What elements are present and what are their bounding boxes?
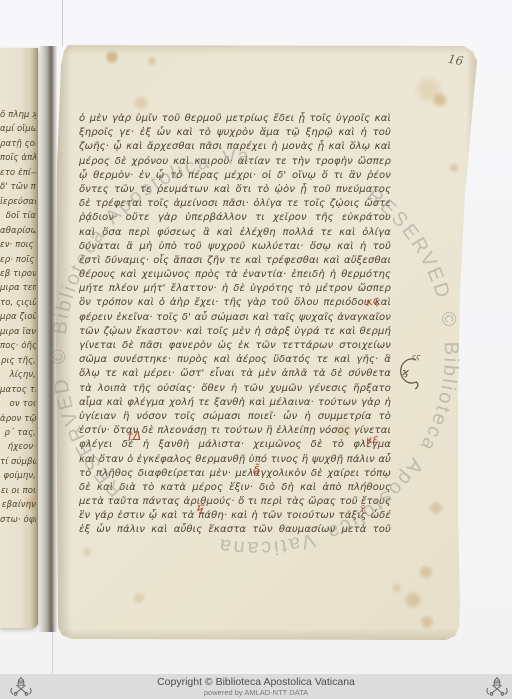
facing-page-line: ερ· ποῖς δ' <box>0 253 36 267</box>
manuscript-line: δύναται ἃ μὴ ὑπὸ τοῦ ψυχροῦ κωλύεται· ὅσ… <box>79 240 391 254</box>
facing-page-line: ρ΄ τας, <box>0 426 36 440</box>
facing-page-line: ει οι ποι <box>0 484 36 498</box>
manuscript-line: μήτε πλέον μήτ' ἔλαττον· ἡ δὲ ὑγρότης τὸ… <box>79 282 391 296</box>
folio-number: 16 <box>447 52 464 68</box>
facing-page-line: εβ τιρον <box>0 267 36 281</box>
manuscript-line: ἐστὶ δύναμις· οἷς ἅπασι ζῆν τε καὶ τρέφε… <box>79 254 391 268</box>
facing-page-line: αμί οἴμω <box>0 122 36 136</box>
facing-page-line: ετο ἐπί— <box>0 166 36 180</box>
manuscript-line: τὰ λοιπὰ τῆς οὐσίας· ὅθεν ἡ τῶν χυμῶν γέ… <box>79 382 391 396</box>
manuscript-line: ἓν γάρ ἐστιν ᾧ καὶ τὰ πάθη· καὶ ἡ τῶν το… <box>79 509 391 523</box>
facing-page-line: ρις τῆς, <box>0 354 36 368</box>
manuscript-line: ὁ μὲν γὰρ ὑμῖν τοῦ θερμοῦ μετρίως ἔδει ᾗ… <box>79 112 391 126</box>
manuscript-line: σῶμα συνέστηκε· πυρὸς καὶ ἀέρος ὕδατός τ… <box>79 353 391 367</box>
facing-page-line: ον τοι <box>0 397 36 411</box>
photo-background: ὅ πλημ ϗναμί οἴμωρατῇ ςοῖνποῖς ἁπλᾶετο ἐ… <box>0 0 512 699</box>
facing-page-edge: ὅ πλημ ϗναμί οἴμωρατῇ ςοῖνποῖς ἁπλᾶετο ἐ… <box>0 48 38 628</box>
copyright-text: Copyright © Biblioteca Apostolica Vatica… <box>0 676 512 688</box>
facing-page-line: μρα ζιοῦ <box>0 310 36 324</box>
facing-page-line: ϊερεύσας <box>0 195 36 209</box>
manuscript-line: δὲ τρέφεται τοῖς ἀμείνοσι πᾶσι· ὀλίγα τε… <box>79 197 391 211</box>
facing-page-line: μιρα τεπι <box>0 281 36 295</box>
manuscript-line: ῥᾴδιον· οὔτε γὰρ ὑπερβάλλον τι χεῖρον τῆ… <box>79 211 391 225</box>
manuscript-line: θέρους καὶ χειμῶνος πρὸς τὰ ἐναντία· ἐπε… <box>79 268 391 282</box>
manuscript-line: γίνεται δὲ πᾶσι φανερὸν ὡς ἐκ τῶν τεττάρ… <box>79 339 391 353</box>
footer-bar: Copyright © Biblioteca Apostolica Vatica… <box>0 674 512 699</box>
manuscript-text-block: ὁ μὲν γὰρ ὑμῖν τοῦ θερμοῦ μετρίως ἔδει ᾗ… <box>79 112 391 538</box>
manuscript-line: ὅλῳ τε καὶ μέρει· ὥστ' εἶναι τὰ μὲν ἁπλᾶ… <box>79 367 391 381</box>
manuscript-line: φλέγει δὲ ἡ ξανθὴ μάλιστα· χειμῶνος δὲ τ… <box>79 438 391 452</box>
facing-page-line: δ' τῶν πιν <box>0 180 36 194</box>
facing-page-line: ρατῇ ςοῖν <box>0 137 36 151</box>
facing-page-line: ματος τῆς <box>0 383 36 397</box>
manuscript-line: τὸ πλῆθος διαφθείρεται μὲν· μελαγχολικὸν… <box>79 467 391 481</box>
facing-page-line: αθαρίσω <box>0 224 36 238</box>
facing-page-line: στω· ὀψη <box>0 513 36 527</box>
vatican-emblem-right-icon <box>484 676 510 698</box>
manuscript-line: ᾧ θερμὸν· ἐν ᾧ τὸ πέρας μέχρι· οἱ δ' οἴν… <box>79 169 391 183</box>
facing-page-line: ὅ πλημ ϗν <box>0 108 36 122</box>
facing-page-line: φοίμην, <box>0 469 36 483</box>
facing-page-line: πος· ὀῆς <box>0 339 36 353</box>
page-top-edge-line <box>62 0 63 46</box>
powered-by-text: powered by AMLAD·NTT DATA <box>0 688 512 697</box>
manuscript-page: 16 ὁ μὲν γὰρ ὑμῖν τοῦ θερμοῦ μετρίως ἔδε… <box>56 45 478 640</box>
facing-page-line: τί σύμβω <box>0 455 36 469</box>
manuscript-line: φέρειν ἐκεῖνα· τοῖς δ' αὖ σώμασι καὶ ταῖ… <box>79 311 391 325</box>
facing-page-line: το, ςιςιῦ <box>0 296 36 310</box>
facing-page-line: δοῖ τία <box>0 209 36 223</box>
facing-page-line: εβαίνην <box>0 498 36 512</box>
facing-page-line: ήχεον· <box>0 440 36 454</box>
manuscript-line: τῶν ζῴων ἕκαστον· καὶ τοῖς μὲν ἡ σὰρξ ὑγ… <box>79 325 391 339</box>
manuscript-line: ζωῆς· ᾧ καὶ ἄρχεσθαι πᾶσι παρέχει ἡ μονὰ… <box>79 140 391 154</box>
manuscript-line: μέρος δὲ χρόνου καὶ καιροῦ· αἰτίαν τε τὴ… <box>79 155 391 169</box>
manuscript-line: ἐξ ὧν πάλιν καὶ αὖθις ἕκαστα τῶν θαυμασί… <box>79 523 391 537</box>
facing-page-line: λίςην, <box>0 368 36 382</box>
facing-page-line: ἀρον τῷ <box>0 412 36 426</box>
facing-page-line: μιρα ἴαν <box>0 325 36 339</box>
manuscript-line: μετὰ ταῦτα πάντας ἀριθμούς· ὅ τι περὶ τὰ… <box>79 495 391 509</box>
facing-page-line: ποῖς ἁπλᾶ <box>0 151 36 165</box>
gutter-shadow <box>38 46 57 632</box>
manuscript-line: δὲ καὶ διὰ τὸ κατὰ μέρος ἕξιν· διὸ δὴ κα… <box>79 481 391 495</box>
manuscript-line: ὑγίειαν ἢ νόσον τοῖς σώμασι ποιεῖ· ὧν ἡ … <box>79 410 391 424</box>
manuscript-line: ὄντες τῶν τε ῥευμάτων καὶ ὅτι τὸ ᾠὸν ᾗ τ… <box>79 183 391 197</box>
facing-page-line: εν· ποις ἆ <box>0 238 36 252</box>
manuscript-line: ἐστίν· ὅταν δὲ πλεονάσῃ τι τούτων ἢ ἐλλε… <box>79 424 391 438</box>
manuscript-line: αἷμα καὶ φλέγμα χολή τε ξανθὴ καὶ μέλαιν… <box>79 396 391 410</box>
manuscript-line: καὶ ὅταν ὁ ἐγκέφαλος θερμανθῇ ὑπό τινος … <box>79 453 391 467</box>
manuscript-line: ξηροῖς γε· ἐξ ὧν καὶ τὸ ψυχρὸν ἅμα τῷ ξη… <box>79 126 391 140</box>
manuscript-line: καὶ ὅσα περὶ φύσεως ἃ καὶ ἐλέχθη πολλά τ… <box>79 226 391 240</box>
facing-page-text: ὅ πλημ ϗναμί οἴμωρατῇ ςοῖνποῖς ἁπλᾶετο ἐ… <box>0 108 36 527</box>
manuscript-line: ὃν τρόπον καὶ ὁ ἀὴρ ἔχει· τῆς γὰρ τοῦ ὅλ… <box>79 296 391 310</box>
